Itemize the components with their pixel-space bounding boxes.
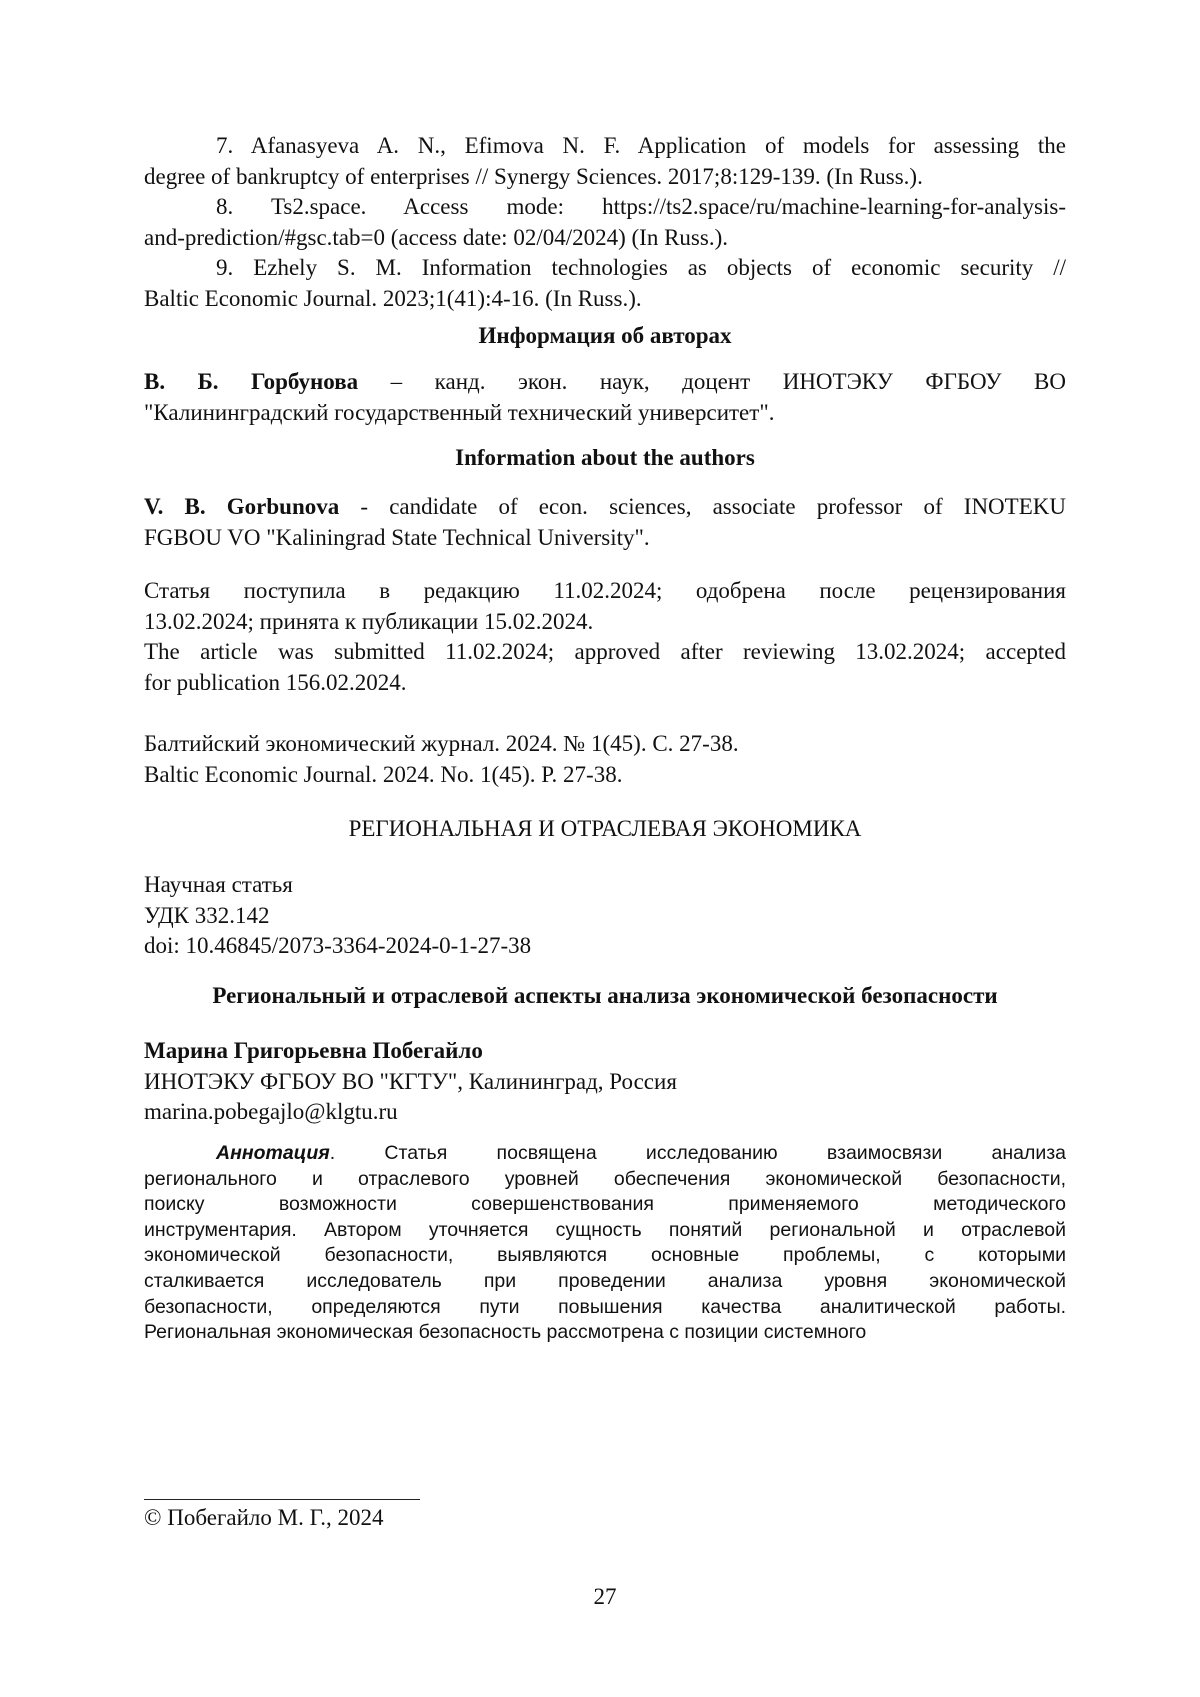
reference-number: 9. xyxy=(216,255,233,280)
reference-item: 7. Afanasyeva A. N., Efimova N. F. Appli… xyxy=(144,131,1066,192)
author-name: В. Б. Горбунова xyxy=(144,369,358,394)
reference-text: Baltic Economic Journal. 2023;1(41):4-16… xyxy=(144,284,1066,315)
author-email: marina.pobegajlo@klgtu.ru xyxy=(144,1097,1066,1128)
abstract-label: Аннотация xyxy=(216,1142,330,1164)
article-meta: Научная статья УДК 332.142 doi: 10.46845… xyxy=(144,870,1066,962)
article-title: Региональный и отраслевой аспекты анализ… xyxy=(144,981,1066,1012)
author-name: V. B. Gorbunova xyxy=(144,494,339,519)
reference-text: and-prediction/#gsc.tab=0 (access date: … xyxy=(144,223,1066,254)
author-block: Марина Григорьевна Побегайло ИНОТЭКУ ФГБ… xyxy=(144,1036,1066,1128)
abstract: Аннотация. Статья посвящена исследованию… xyxy=(144,1141,1066,1346)
author-affiliation: ИНОТЭКУ ФГБОУ ВО "КГТУ", Калининград, Ро… xyxy=(144,1067,1066,1098)
reference-item: 8. Ts2.space. Access mode: https://ts2.s… xyxy=(144,192,1066,253)
author-info-en: V. B. Gorbunova - candidate of econ. sci… xyxy=(144,492,1066,553)
author-name: Марина Григорьевна Побегайло xyxy=(144,1036,1066,1067)
reference-list: 7. Afanasyeva A. N., Efimova N. F. Appli… xyxy=(144,131,1066,314)
authors-heading-en: Information about the authors xyxy=(144,443,1066,474)
footnote-copyright: © Побегайло М. Г., 2024 xyxy=(144,1503,1066,1534)
reference-text: Ts2.space. Access mode: https://ts2.spac… xyxy=(271,194,1066,219)
reference-number: 7. xyxy=(216,133,233,158)
reference-text: Ezhely S. M. Information technologies as… xyxy=(253,255,1066,280)
article-dates: Статья поступила в редакцию 11.02.2024; … xyxy=(144,576,1066,698)
author-info-ru: В. Б. Горбунова – канд. экон. наук, доце… xyxy=(144,367,1066,428)
page-number: 27 xyxy=(144,1582,1066,1613)
footnote-separator xyxy=(144,1499,420,1500)
doi: doi: 10.46845/2073-3364-2024-0-1-27-38 xyxy=(144,931,1066,962)
reference-text: degree of bankruptcy of enterprises // S… xyxy=(144,162,1066,193)
reference-number: 8. xyxy=(216,194,233,219)
section-title: РЕГИОНАЛЬНАЯ И ОТРАСЛЕВАЯ ЭКОНОМИКА xyxy=(144,814,1066,845)
reference-item: 9. Ezhely S. M. Information technologies… xyxy=(144,253,1066,314)
udc-code: УДК 332.142 xyxy=(144,901,1066,932)
reference-text: Afanasyeva A. N., Efimova N. F. Applicat… xyxy=(251,133,1066,158)
journal-citation: Балтийский экономический журнал. 2024. №… xyxy=(144,729,1066,790)
article-type: Научная статья xyxy=(144,870,1066,901)
authors-heading-ru: Информация об авторах xyxy=(144,321,1066,352)
